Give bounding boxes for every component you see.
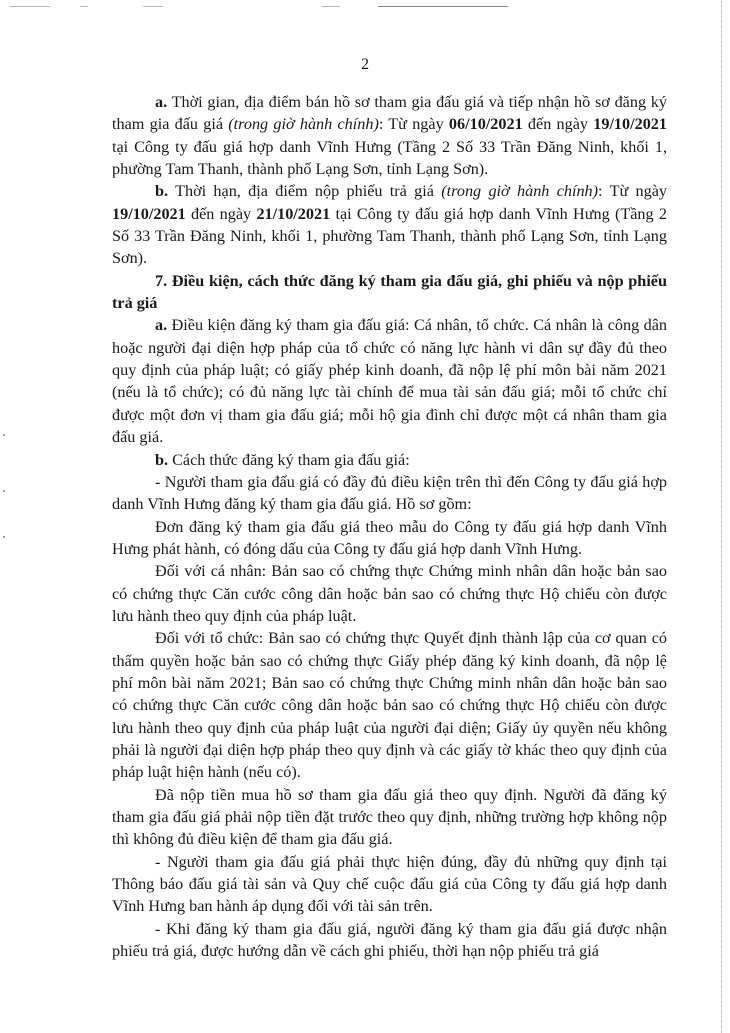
- scan-speck: [3, 536, 5, 538]
- scan-speck: [3, 490, 5, 492]
- paragraph-a-sale-time-place: a. Thời gian, địa điểm bán hồ sơ tham gi…: [112, 91, 667, 180]
- paragraph-registration-form: Đơn đăng ký tham gia đấu giá theo mẫu do…: [112, 516, 667, 561]
- paragraph-b-method: b. Cách thức đăng ký tham gia đấu giá:: [112, 449, 667, 471]
- paragraph-deposit: Đã nộp tiền mua hồ sơ tham gia đấu giá t…: [112, 784, 667, 851]
- paragraph-a-conditions: a. Điều kiện đăng ký tham gia đấu giá: C…: [112, 314, 667, 448]
- scan-artifact-top: [0, 6, 730, 8]
- paragraph-bid-slip: - Khi đăng ký tham gia đấu giá, người đă…: [112, 918, 667, 963]
- scan-speck: [3, 434, 5, 436]
- paragraph-individual-documents: Đối với cá nhân: Bản sao có chứng thực C…: [112, 560, 667, 627]
- page-number: 2: [0, 56, 730, 74]
- paragraph-organization-documents: Đối với tổ chức: Bản sao có chứng thực Q…: [112, 627, 667, 783]
- section-heading-7: 7. Điều kiện, cách thức đăng ký tham gia…: [112, 270, 667, 315]
- paragraph-compliance: - Người tham gia đấu giá phải thực hiện …: [112, 851, 667, 918]
- paragraph-b-submit-time-place: b. Thời hạn, địa điểm nộp phiếu trả giá …: [112, 180, 667, 269]
- paragraph-participant-registration: - Người tham gia đấu giá có đầy đủ điều …: [112, 471, 667, 516]
- scan-artifact-right-edge: [721, 0, 722, 1033]
- document-body: a. Thời gian, địa điểm bán hồ sơ tham gi…: [112, 91, 667, 962]
